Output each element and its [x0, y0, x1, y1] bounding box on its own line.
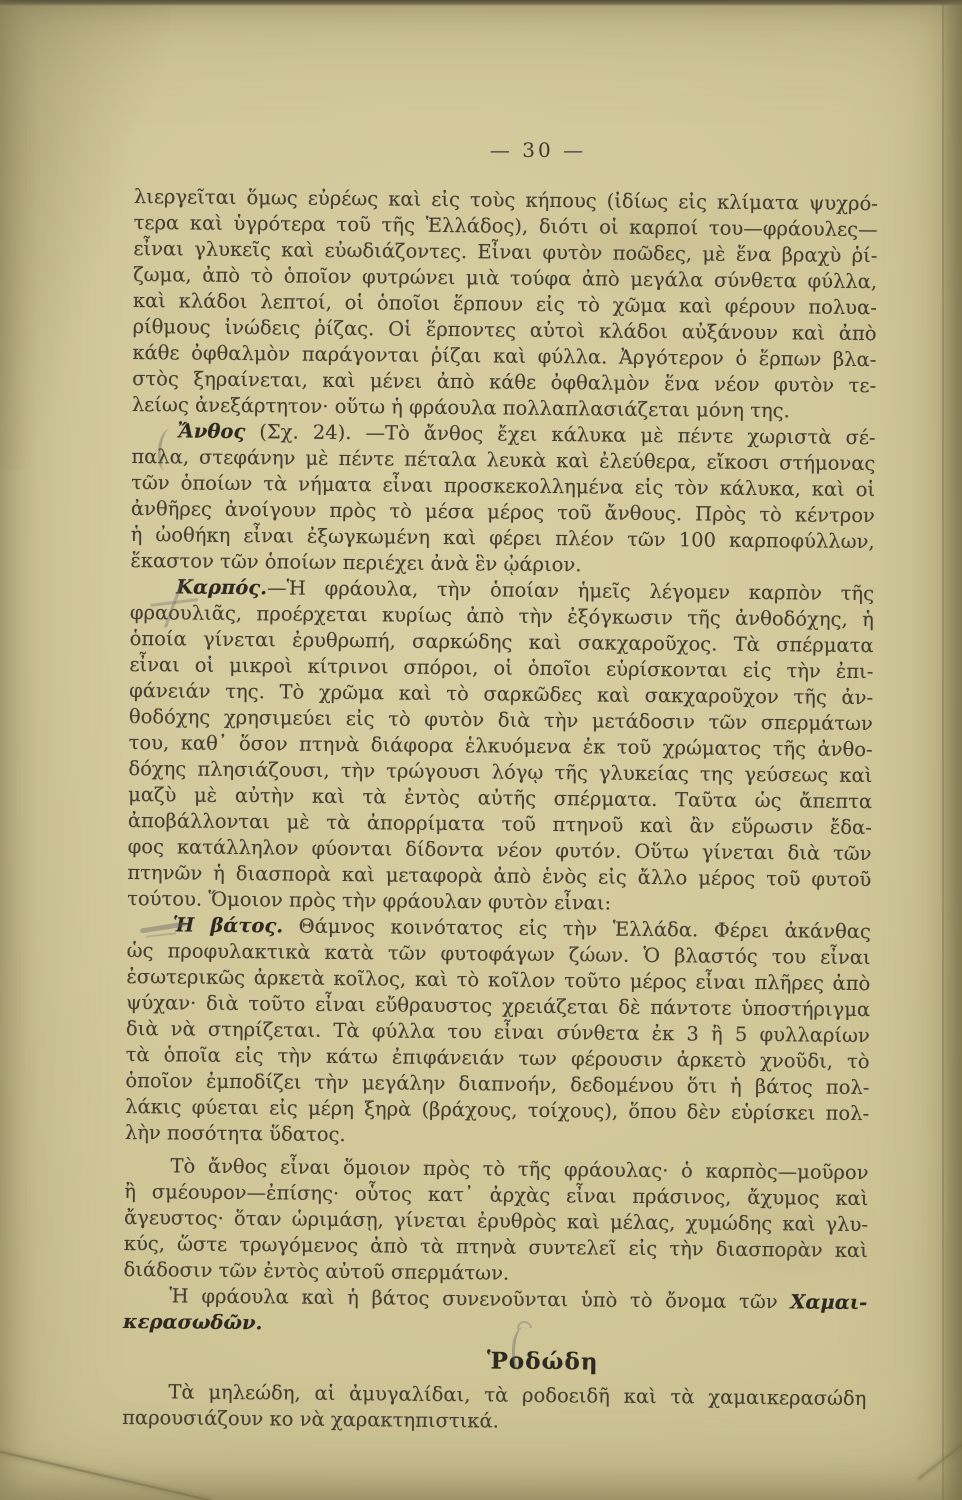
scan-edge-shadow: [944, 0, 962, 1500]
body-text-lower: Τὰ μηλεώδη, αἱ ἀμυγαλίδαι, τὰ ροδοειδῆ κ…: [122, 1379, 866, 1438]
bold-term: Καρπός.: [176, 575, 267, 599]
section-heading: Ῥοδώδη: [243, 1344, 843, 1380]
text-segment: λὴν ποσότητα ὕδατος.: [125, 1121, 346, 1146]
text-segment: τούτου. Ὅμοιον πρὸς τὴν φράουλαν φυτὸν ε…: [127, 887, 611, 915]
text-segment: διάδοσιν τῶν ἐντὸς αὐτοῦ σπερμάτων.: [123, 1258, 509, 1285]
text-segment: λείως ἀνεξάρτητον· οὕτω ἡ φράουλα πολλαπ…: [132, 393, 790, 422]
paper-crease: [0, 1448, 212, 1500]
scanned-book-page: — 30 — λιεργεῖται ὅμως εὐρέως καὶ εἰς το…: [0, 0, 962, 1500]
bold-term: Ἡ βάτος.: [173, 913, 283, 937]
text-segment: —Ἡ φράουλα, τὴν ὁποίαν ἡμεῖς λέγομεν καρ…: [267, 576, 874, 605]
page-number: — 30 —: [468, 138, 608, 162]
text-segment: Θάμνος κοινότατος εἰς τὴν Ἑλλάδα. Φέρει …: [283, 914, 871, 943]
body-text-upper: λιεργεῖται ὅμως εὐρέως καὶ εἰς τοὺς κήπο…: [123, 184, 878, 1342]
bold-term: Ἄνθος: [178, 419, 246, 443]
text-segment: (Σχ. 24). —Τὸ ἄνθος ἔχει κάλυκα μὲ πέντε…: [245, 420, 876, 449]
bold-term: Χαμαι-: [790, 1290, 867, 1314]
page-text-block: λιεργεῖται ὅμως εὐρέως καὶ εἰς τοὺς κήπο…: [122, 184, 878, 1438]
text-segment: ἕκαστον τῶν ὁποίων περιέχει ἀνὰ ἓν ᾠάριο…: [130, 549, 581, 576]
scan-edge-shadow: [0, 0, 962, 6]
text-segment: Ἡ φράουλα καὶ ἡ βάτος συνενοῦνται ὑπὸ τὸ…: [169, 1284, 790, 1313]
text-segment: παρουσιάζουν κο νὰ χαρακτηπιστικά.: [122, 1406, 499, 1433]
bold-term: κερασωδῶν.: [123, 1310, 262, 1334]
